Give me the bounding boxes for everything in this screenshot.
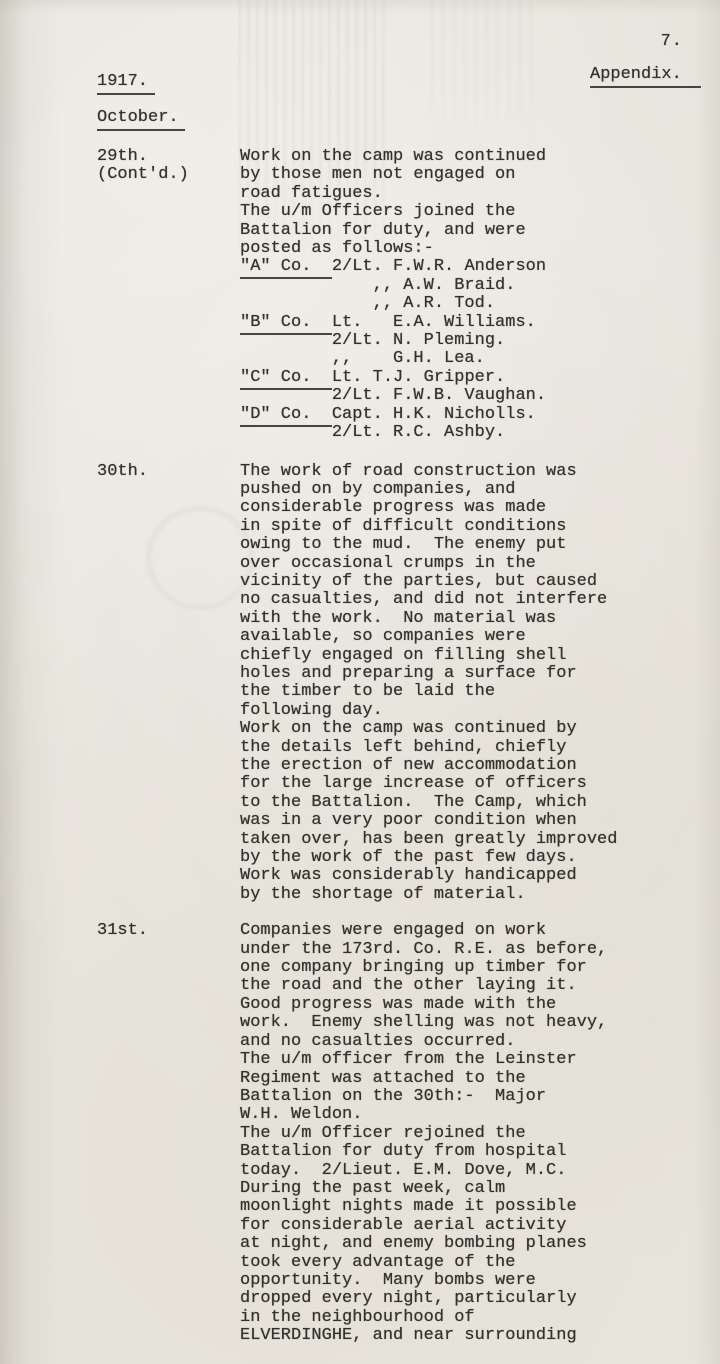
text-segment: today. 2/Lieut. E.M. Dove, M.C. bbox=[240, 1161, 566, 1180]
text-line: work. Enemy shelling was not heavy, bbox=[240, 1014, 607, 1032]
paper-scan-streaks bbox=[430, 0, 540, 150]
text-line: available, so companies were bbox=[240, 628, 617, 646]
text-line: Work on the camp was continued bbox=[240, 148, 546, 166]
appendix-heading: Appendix. bbox=[590, 66, 701, 88]
text-segment: Capt. H.K. Nicholls. bbox=[332, 405, 536, 424]
text-segment: Battalion for duty, and were bbox=[240, 221, 526, 240]
text-line: moonlight nights made it possible bbox=[240, 1198, 607, 1216]
text-segment: the road and the other laying it. bbox=[240, 976, 577, 995]
entry-date: 30th. bbox=[0, 463, 240, 481]
entry-body: Companies were engaged on workunder the … bbox=[240, 922, 607, 1345]
text-segment: ,, A.W. Braid. bbox=[240, 276, 515, 295]
text-line: to the Battalion. The Camp, which bbox=[240, 794, 617, 812]
text-line: chiefly engaged on filling shell bbox=[240, 647, 617, 665]
text-segment: moonlight nights made it possible bbox=[240, 1197, 577, 1216]
text-segment: The u/m Officer rejoined the bbox=[240, 1124, 526, 1143]
diary-entry: 30th.The work of road construction waspu… bbox=[0, 463, 720, 905]
text-line: ,, G.H. Lea. bbox=[240, 350, 546, 368]
text-segment: W.H. Weldon. bbox=[240, 1105, 362, 1124]
text-segment: ,, G.H. Lea. bbox=[240, 349, 485, 368]
document-page: 7. 1917. Appendix. October. 29th.(Cont'd… bbox=[0, 0, 720, 1364]
text-line: pushed on by companies, and bbox=[240, 481, 617, 499]
text-segment: considerable progress was made bbox=[240, 498, 546, 517]
entry-date-line: 29th. bbox=[97, 148, 240, 166]
entry-date: 29th.(Cont'd.) bbox=[0, 148, 240, 185]
text-segment: pushed on by companies, and bbox=[240, 480, 515, 499]
text-line: The work of road construction was bbox=[240, 463, 617, 481]
text-line: taken over, has been greatly improved bbox=[240, 831, 617, 849]
text-line: under the 173rd. Co. R.E. as before, bbox=[240, 941, 607, 959]
text-line: no casualties, and did not interfere bbox=[240, 591, 617, 609]
text-line: at night, and enemy bombing planes bbox=[240, 1235, 607, 1253]
text-line: in spite of difficult conditions bbox=[240, 518, 617, 536]
text-segment: The u/m officer from the Leinster bbox=[240, 1050, 577, 1069]
text-segment: opportunity. Many bombs were bbox=[240, 1271, 536, 1290]
text-line: one company bringing up timber for bbox=[240, 959, 607, 977]
text-segment: Work on the camp was continued bbox=[240, 147, 546, 166]
text-line: the road and the other laying it. bbox=[240, 977, 607, 995]
text-segment: under the 173rd. Co. R.E. as before, bbox=[240, 940, 607, 959]
text-segment: 2/Lt. F.W.R. Anderson bbox=[332, 257, 546, 276]
text-segment: the erection of new accommodation bbox=[240, 756, 577, 775]
text-segment: one company bringing up timber for bbox=[240, 958, 587, 977]
text-line: was in a very poor condition when bbox=[240, 812, 617, 830]
text-segment: following day. bbox=[240, 701, 383, 720]
text-line: ,, A.W. Braid. bbox=[240, 277, 546, 295]
text-segment: Good progress was made with the bbox=[240, 995, 556, 1014]
text-line: holes and preparing a surface for bbox=[240, 665, 617, 683]
diary-entries: 29th.(Cont'd.)Work on the camp was conti… bbox=[0, 148, 720, 1346]
text-segment: at night, and enemy bombing planes bbox=[240, 1234, 587, 1253]
text-segment: The work of road construction was bbox=[240, 462, 577, 481]
text-segment: Battalion for duty from hospital bbox=[240, 1142, 566, 1161]
entry-date: 31st. bbox=[0, 922, 240, 940]
text-line: posted as follows:- bbox=[240, 240, 546, 258]
text-line: Battalion on the 30th:- Major bbox=[240, 1088, 607, 1106]
text-line: "A" Co. 2/Lt. F.W.R. Anderson bbox=[240, 258, 546, 276]
month-heading: October. bbox=[97, 109, 185, 131]
text-segment: During the past week, calm bbox=[240, 1179, 505, 1198]
text-line: vicinity of the parties, but caused bbox=[240, 573, 617, 591]
text-line: Regiment was attached to the bbox=[240, 1070, 607, 1088]
entry-body: Work on the camp was continuedby those m… bbox=[240, 148, 546, 443]
text-segment: to the Battalion. The Camp, which bbox=[240, 793, 587, 812]
text-segment: in the neighbourhood of bbox=[240, 1308, 475, 1327]
text-segment: 2/Lt. F.W.B. Vaughan. bbox=[240, 386, 546, 405]
year-heading: 1917. bbox=[97, 73, 155, 95]
text-line: ELVERDINGHE, and near surrounding bbox=[240, 1327, 607, 1345]
text-segment: Companies were engaged on work bbox=[240, 921, 546, 940]
text-line: over occasional crumps in the bbox=[240, 555, 617, 573]
text-line: ,, A.R. Tod. bbox=[240, 295, 546, 313]
text-line: today. 2/Lieut. E.M. Dove, M.C. bbox=[240, 1162, 607, 1180]
text-line: opportunity. Many bombs were bbox=[240, 1272, 607, 1290]
text-line: by the shortage of material. bbox=[240, 886, 617, 904]
text-segment: with the work. No material was bbox=[240, 609, 556, 628]
text-line: "B" Co. Lt. E.A. Williams. bbox=[240, 314, 546, 332]
text-segment: Lt. T.J. Gripper. bbox=[332, 368, 505, 387]
text-segment: taken over, has been greatly improved bbox=[240, 830, 617, 849]
text-segment: for the large increase of officers bbox=[240, 774, 587, 793]
text-segment: dropped every night, particularly bbox=[240, 1289, 577, 1308]
entry-date-line: 30th. bbox=[97, 463, 240, 481]
text-segment: The u/m Officers joined the bbox=[240, 202, 515, 221]
text-segment: Lt. E.A. Williams. bbox=[332, 313, 536, 332]
text-segment: took every advantage of the bbox=[240, 1253, 515, 1272]
text-segment: work. Enemy shelling was not heavy, bbox=[240, 1013, 607, 1032]
text-line: the details left behind, chiefly bbox=[240, 739, 617, 757]
diary-entry: 31st.Companies were engaged on workunder… bbox=[0, 922, 720, 1345]
text-line: Battalion for duty from hospital bbox=[240, 1143, 607, 1161]
text-segment: for considerable aerial activity bbox=[240, 1216, 566, 1235]
entry-body: The work of road construction waspushed … bbox=[240, 463, 617, 905]
entry-date-line: 31st. bbox=[97, 922, 240, 940]
text-line: the erection of new accommodation bbox=[240, 757, 617, 775]
text-line: took every advantage of the bbox=[240, 1254, 607, 1272]
text-segment: road fatigues. bbox=[240, 184, 383, 203]
text-line: Work on the camp was continued by bbox=[240, 720, 617, 738]
text-segment: and no casualties occurred. bbox=[240, 1032, 515, 1051]
text-line: road fatigues. bbox=[240, 185, 546, 203]
text-segment: Work on the camp was continued by bbox=[240, 719, 577, 738]
text-line: Companies were engaged on work bbox=[240, 922, 607, 940]
text-segment: by the shortage of material. bbox=[240, 885, 526, 904]
text-line: 2/Lt. N. Pleming. bbox=[240, 332, 546, 350]
text-line: owing to the mud. The enemy put bbox=[240, 536, 617, 554]
text-segment: Regiment was attached to the bbox=[240, 1069, 526, 1088]
text-segment: in spite of difficult conditions bbox=[240, 517, 566, 536]
text-line: Work was considerably handicapped bbox=[240, 867, 617, 885]
entry-date-line: (Cont'd.) bbox=[97, 166, 240, 184]
text-segment: by the work of the past few days. bbox=[240, 848, 577, 867]
text-line: "C" Co. Lt. T.J. Gripper. bbox=[240, 369, 546, 387]
text-line: During the past week, calm bbox=[240, 1180, 607, 1198]
diary-entry: 29th.(Cont'd.)Work on the camp was conti… bbox=[0, 148, 720, 443]
text-line: 2/Lt. R.C. Ashby. bbox=[240, 424, 546, 442]
text-line: The u/m officer from the Leinster bbox=[240, 1051, 607, 1069]
text-line: Good progress was made with the bbox=[240, 996, 607, 1014]
text-segment: Work was considerably handicapped bbox=[240, 866, 577, 885]
text-line: The u/m Officers joined the bbox=[240, 203, 546, 221]
text-line: for considerable aerial activity bbox=[240, 1217, 607, 1235]
text-line: W.H. Weldon. bbox=[240, 1106, 607, 1124]
text-segment: 2/Lt. N. Pleming. bbox=[240, 331, 505, 350]
text-segment: available, so companies were bbox=[240, 627, 526, 646]
text-line: 2/Lt. F.W.B. Vaughan. bbox=[240, 387, 546, 405]
text-segment: over occasional crumps in the bbox=[240, 554, 536, 573]
text-segment: posted as follows:- bbox=[240, 239, 434, 258]
text-line: by the work of the past few days. bbox=[240, 849, 617, 867]
text-line: in the neighbourhood of bbox=[240, 1309, 607, 1327]
text-line: for the large increase of officers bbox=[240, 775, 617, 793]
text-segment: Battalion on the 30th:- Major bbox=[240, 1087, 546, 1106]
page-number: 7. bbox=[661, 33, 683, 51]
text-line: the timber to be laid the bbox=[240, 683, 617, 701]
text-segment: vicinity of the parties, but caused bbox=[240, 572, 597, 591]
text-segment: holes and preparing a surface for bbox=[240, 664, 577, 683]
text-segment: ,, A.R. Tod. bbox=[240, 294, 495, 313]
text-line: following day. bbox=[240, 702, 617, 720]
text-segment: by those men not engaged on bbox=[240, 165, 515, 184]
text-line: considerable progress was made bbox=[240, 499, 617, 517]
text-segment: ELVERDINGHE, and near surrounding bbox=[240, 1326, 577, 1345]
text-segment: no casualties, and did not interfere bbox=[240, 590, 607, 609]
text-line: with the work. No material was bbox=[240, 610, 617, 628]
text-line: "D" Co. Capt. H.K. Nicholls. bbox=[240, 406, 546, 424]
text-line: The u/m Officer rejoined the bbox=[240, 1125, 607, 1143]
text-segment: was in a very poor condition when bbox=[240, 811, 577, 830]
text-segment: 2/Lt. R.C. Ashby. bbox=[240, 423, 505, 442]
text-segment: the timber to be laid the bbox=[240, 682, 495, 701]
text-segment: chiefly engaged on filling shell bbox=[240, 646, 566, 665]
text-line: and no casualties occurred. bbox=[240, 1033, 607, 1051]
text-line: Battalion for duty, and were bbox=[240, 222, 546, 240]
text-line: dropped every night, particularly bbox=[240, 1290, 607, 1308]
text-segment: owing to the mud. The enemy put bbox=[240, 535, 566, 554]
text-line: by those men not engaged on bbox=[240, 166, 546, 184]
text-segment: the details left behind, chiefly bbox=[240, 738, 566, 757]
